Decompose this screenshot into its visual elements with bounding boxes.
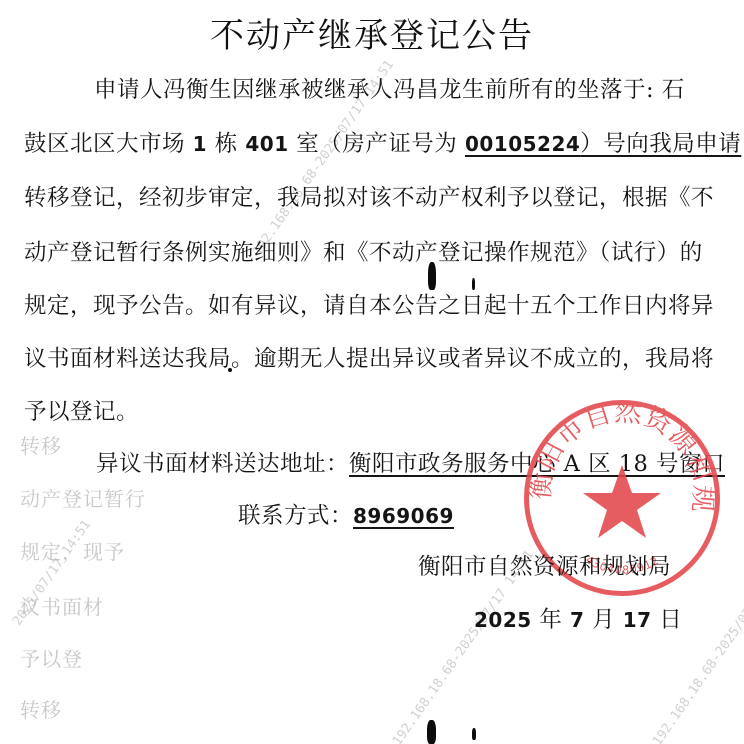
ink-blot — [228, 368, 232, 372]
body-line-3: 转移登记，经初步审定，我局拟对该不动产权利予以登记，根据《不 — [24, 180, 724, 212]
ghost-text-4: 议书面材 — [20, 591, 104, 620]
page-title: 不动产继承登记公告 — [0, 8, 744, 57]
star-icon — [583, 465, 661, 538]
ink-blot — [472, 278, 475, 290]
text-segment: 鼓区北区大市场 — [24, 131, 193, 157]
address-label: 异议书面材料送达地址： — [96, 451, 349, 477]
date-month: 7 — [570, 608, 584, 632]
body-line-5: 规定，现予公告。如有异议，请自本公告之日起十五个工作日内将异 — [24, 288, 724, 320]
date-year: 2025 — [474, 608, 532, 632]
date-day: 17 — [623, 608, 652, 632]
text-segment: ）号向我局申请 — [580, 131, 741, 157]
ghost-text-6: 转移 — [20, 694, 62, 723]
issuer: 衡阳市自然资源和规划局 — [418, 549, 718, 581]
ghost-text-2: 动产登记暂行 — [20, 483, 146, 512]
room-number: 401 — [245, 132, 288, 156]
date-month-unit: 月 — [592, 607, 615, 633]
ink-blot — [428, 262, 436, 290]
text-segment: 室（房产证号为 — [289, 131, 465, 157]
body-line-4: 动产登记暂行条例实施细则》和《不动产登记操作规范》（试行）的 — [24, 235, 724, 267]
ink-blot — [427, 720, 436, 744]
body-line-2: 鼓区北区大市场 1 栋 401 室（房产证号为 00105224）号向我局申请 — [24, 126, 724, 158]
building-number: 1 — [193, 132, 207, 156]
ink-blot — [472, 728, 476, 740]
ghost-text-1: 转移 — [20, 430, 62, 459]
date-day-unit: 日 — [659, 607, 682, 633]
body-line-6: 议书面材料送达我局。逾期无人提出异议或者异议不成立的，我局将 — [24, 341, 724, 373]
issue-date: 2025 年 7 月 17 日 — [474, 602, 724, 634]
contact-value: 8969069 — [353, 504, 454, 528]
notice-page: 192.168.18.68-2025/07/17 14:51 192.168.1… — [0, 0, 744, 744]
text-segment: 栋 — [207, 131, 245, 157]
ghost-text-5: 予以登 — [20, 643, 83, 672]
body-line-1: 申请人冯衡生因继承被继承人冯昌龙生前所有的坐落于: 石 — [94, 72, 744, 104]
ghost-text-3: 规定，现予 — [20, 536, 125, 565]
contact-label: 联系方式： — [238, 503, 353, 529]
date-year-unit: 年 — [539, 607, 562, 633]
certificate-number: 00105224 — [465, 132, 580, 156]
